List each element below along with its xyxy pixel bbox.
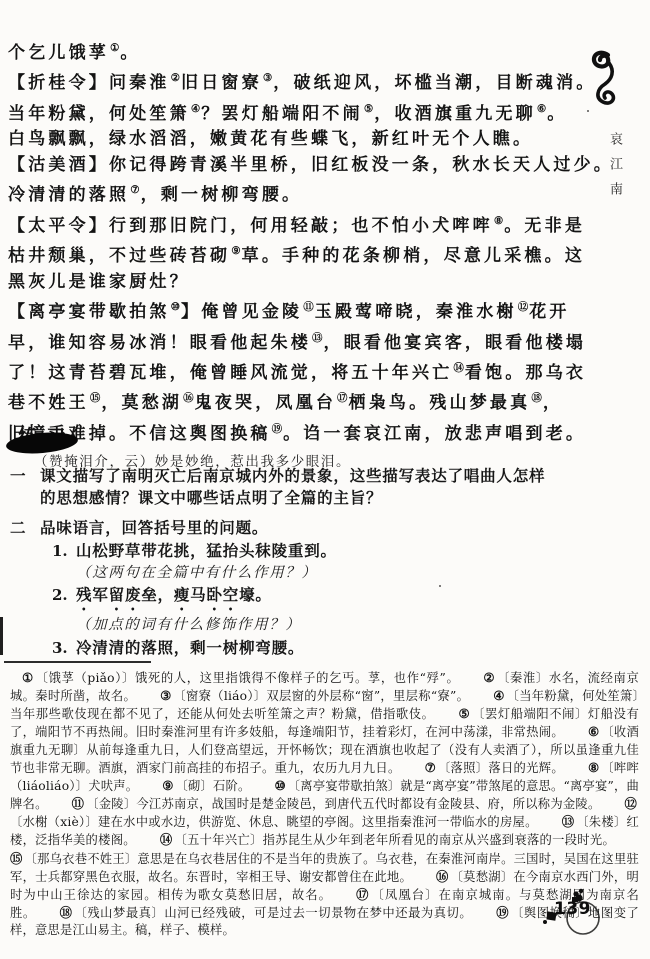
text-run: 。 (547, 104, 567, 124)
exercise-two-intro: 品味语言，回答括号里的问题。 (40, 517, 268, 539)
text-run: 山松野草带花挑，猛抬头秣陵重到。 (76, 541, 337, 560)
text-run: ，破纸迎风，坏槛当潮，目断魂消。 (273, 73, 596, 93)
footnote-ref: ⑨ (231, 245, 240, 257)
exercise-one: 一 课文描写了南明灭亡后南京城内外的景象，这些描写表达了唱曲人怎样 的思想感情？… (10, 465, 590, 508)
text-run: 军 (92, 585, 108, 604)
emphasized-char: 留 (109, 585, 125, 604)
verse-line: 【折桂令】问秦淮②旧日窗寮③，破纸迎风，坏槛当潮，目断魂消。 (8, 66, 574, 96)
footnote-number: ③ (160, 688, 171, 703)
footnote-entry: ①〔饿莩（piǎo）〕饿死的人，这里指饿得不像样子的乞丐。莩，也作“殍”。 (22, 671, 459, 685)
emphasized-char: 卧 (206, 585, 222, 604)
exercise-sentence: 山松野草带花挑，猛抬头秣陵重到。 (76, 540, 337, 562)
emphasized-char: 废 (125, 585, 141, 604)
text-run: 看饱。那乌衣 (465, 363, 586, 383)
scan-artifact (0, 617, 3, 655)
footnote-number: ① (22, 670, 34, 685)
exercise-item-body: 残军留废垒，瘦马卧空壕。（加点的词有什么修饰作用？） (76, 584, 301, 636)
running-title: 哀江南 (605, 132, 624, 207)
text-run: 【太平令】行到那旧院门，何用轻敲；也不怕小犬哰哰 (8, 216, 493, 236)
footnote-ref: ⑭ (453, 362, 464, 374)
footnote-number: ⑮ (10, 851, 23, 866)
footnote-number: ⑯ (436, 869, 449, 884)
footnote-number: ⑨ (162, 778, 173, 793)
exercise-two-items: 1.山松野草带花挑，猛抬头秣陵重到。（这两句在全篇中有什么作用？）2.残军留废垒… (10, 540, 590, 659)
footnote-entry: ⑦〔落照〕落日的光辉。 (425, 761, 564, 775)
exercise-sentence: 冷清清的落照，剩一树柳弯腰。 (76, 637, 304, 659)
emphasized-char: 残 (76, 585, 92, 604)
footnote-number: ⑭ (160, 832, 173, 847)
exercise-item-body: 山松野草带花挑，猛抬头秣陵重到。（这两句在全篇中有什么作用？） (76, 540, 337, 584)
footnote-entry: ⑭〔五十年兴亡〕指苏昆生从少年到老年所看见的南京从兴盛到衰落的一段时光。 (160, 833, 615, 847)
footnote-ref: ① (110, 42, 119, 54)
footnote-ref: ⑫ (518, 301, 529, 313)
text-run: 。无非是 (504, 216, 585, 236)
footnote-number: ⑥ (588, 724, 599, 739)
verse-line: 【沽美酒】你记得跨青溪半里桥，旧红板没一条，秋水长天人过少。 (8, 153, 574, 178)
verse-line: 巷不姓王⑮，莫愁湖⑯鬼夜哭，凤凰台⑰栖枭鸟。残山梦最真⑱， (8, 386, 574, 416)
exercise-question: （加点的词有什么修饰作用？） (76, 614, 301, 636)
verse-line: 黑灰儿是谁家厨灶？ (8, 270, 574, 295)
text-run: 马 (190, 585, 206, 604)
exercise-item: 3.冷清清的落照，剩一树柳弯腰。 (10, 637, 590, 659)
text-run: 。 (120, 43, 140, 63)
text-run: ， (543, 393, 563, 413)
scan-speck (587, 110, 589, 112)
footnote-ref: ⑦ (130, 184, 139, 196)
emphasized-char: 瘦 (174, 585, 190, 604)
footnote-ref: ② (171, 72, 180, 84)
verse-line: 白鸟飘飘，绿水滔滔，嫩黄花有些蝶飞，新红叶无个人瞧。 (8, 127, 574, 152)
text-run: 黑灰儿是谁家厨灶？ (8, 272, 190, 292)
footnote-number: ④ (493, 688, 504, 703)
exercise-item: 2.残军留废垒，瘦马卧空壕。（加点的词有什么修饰作用？） (10, 584, 590, 636)
text-run: 壕。 (239, 585, 272, 604)
exercise-number: 二 (10, 517, 40, 539)
footnote-ref: ⑯ (183, 392, 194, 404)
footnote-number: ⑱ (60, 905, 73, 920)
exercises-section: 练习 一 课文描写了南明灭亡后南京城内外的景象，这些描写表达了唱曲人怎样 的思想… (10, 420, 590, 659)
text-run: 枯井颓巢，不过些砖苔砌 (8, 246, 230, 266)
footnote-ref: ③ (263, 72, 272, 84)
curl-flourish-icon (584, 48, 628, 114)
exercises-heading: 练习 (10, 420, 100, 456)
text-run: 早，谁知容易冰消！眼看他起朱楼 (8, 333, 311, 353)
footnote-ref: ⑤ (364, 103, 373, 115)
footnote-ref: ⑪ (303, 301, 314, 313)
verse-line: 冷清清的落照⑦，剩一树柳弯腰。 (8, 178, 574, 208)
exercise-item-number: 3. (52, 637, 76, 659)
verse-line: 枯井颓巢，不过些砖苔砌⑨草。手种的花条柳梢，尽意儿采樵。这 (8, 239, 574, 269)
text-run: 栖枭鸟。残山梦最真 (349, 393, 531, 413)
footnote-number: ⑧ (588, 760, 599, 775)
text-run: 旧日窗寮 (181, 73, 262, 93)
verse-line: 当年粉黛，何处笙箫④？罢灯船端阳不闹⑤，收酒旗重九无聊⑥。 (8, 97, 574, 127)
text-run: 【离亭宴带歇拍煞 (8, 302, 170, 322)
text-run: ？罢灯船端阳不闹 (201, 104, 363, 124)
footnote-ref: ⑬ (312, 332, 323, 344)
footnote-entry: ⑨〔砌〕石阶。 (162, 779, 250, 793)
footnote-number: ⑤ (459, 706, 471, 721)
verse-line: 早，谁知容易冰消！眼看他起朱楼⑬，眼看他宴宾客，眼看他楼塌 (8, 326, 574, 356)
footnote-number: ⑲ (496, 905, 509, 920)
verse-line: 【离亭宴带歇拍煞⑩】俺曾见金陵⑪玉殿莺啼晓，秦淮水榭⑫花开 (8, 295, 574, 325)
text-run: ，莫愁湖 (101, 393, 182, 413)
text-run: 】俺曾见金陵 (181, 302, 302, 322)
text-run: 冷清清的落照，剩一树柳弯腰。 (76, 638, 304, 657)
footnote-number: ⑬ (562, 814, 575, 829)
text-run: 垒， (141, 585, 174, 604)
footnote-number: ⑫ (625, 796, 638, 811)
text-run: 冷清清的落照 (8, 185, 129, 205)
page-number-stamp: 139 (542, 886, 614, 944)
text-run: 了！这青苔碧瓦堆，俺曾睡风流觉，将五十年兴亡 (8, 363, 452, 383)
footnote-ref: ⑩ (171, 301, 180, 313)
footnote-ref: ⑱ (531, 392, 542, 404)
footnote-entry: ⑪〔金陵〕今江苏南京，战国时是楚金陵邑，到唐代五代时都设有金陵县、府，所以称为金… (72, 797, 601, 811)
verse-line: 【太平令】行到那旧院门，何用轻敲；也不怕小犬哰哰⑧。无非是 (8, 209, 574, 239)
text-run: 草。手种的花条柳梢，尽意儿采樵。这 (242, 246, 585, 266)
text-run: ，眼看他宴宾客，眼看他楼塌 (324, 333, 587, 353)
text-run: 个乞儿饿莩 (8, 43, 109, 63)
text-run: 当年粉黛，何处笙箫 (8, 104, 190, 124)
footnote-number: ⑩ (275, 778, 286, 793)
footnote-separator (4, 661, 151, 663)
footnote-ref: ⑧ (494, 215, 503, 227)
scan-speck (439, 585, 441, 587)
text-run: 鬼夜哭，凤凰台 (195, 393, 336, 413)
exercise-item-body: 冷清清的落照，剩一树柳弯腰。 (76, 637, 304, 659)
exercise-one-line2: 的思想感情？课文中哪些话点明了全篇的主旨？ (40, 487, 545, 509)
exercise-two: 二 品味语言，回答括号里的问题。 (10, 517, 590, 539)
exercise-one-line1: 课文描写了南明灭亡后南京城内外的景象，这些描写表达了唱曲人怎样 (40, 465, 545, 487)
text-run: 白鸟飘飘，绿水滔滔，嫩黄花有些蝶飞，新红叶无个人瞧。 (8, 129, 533, 149)
exercise-item-number: 1. (52, 540, 76, 584)
exercise-item: 1.山松野草带花挑，猛抬头秣陵重到。（这两句在全篇中有什么作用？） (10, 540, 590, 584)
exercise-question: （这两句在全篇中有什么作用？） (76, 562, 337, 584)
exercise-number: 一 (10, 465, 40, 508)
verse-line: 个乞儿饿莩①。 (8, 36, 574, 66)
footnote-entry: ③〔窗寮（liáo）〕双层窗的外层称“窗”，里层称“寮”。 (160, 689, 469, 703)
text-run: 【折桂令】问秦淮 (8, 73, 170, 93)
footnote-entry: ⑱〔残山梦最真〕山河已经残破，可是过去一切景物在梦中还最为真切。 (60, 906, 473, 920)
text-run: 花开 (529, 302, 569, 322)
footnote-number: ⑪ (72, 796, 85, 811)
main-text: 个乞儿饿莩①。【折桂令】问秦淮②旧日窗寮③，破纸迎风，坏槛当潮，目断魂消。当年粉… (8, 36, 574, 470)
text-run: ，剩一树柳弯腰。 (141, 185, 303, 205)
footnote-ref: ④ (191, 103, 200, 115)
exercise-item-number: 2. (52, 584, 76, 636)
footnote-number: ⑰ (356, 887, 369, 902)
text-run: ，收酒旗重九无聊 (374, 104, 536, 124)
page-number: 139 (554, 899, 591, 919)
verse-line: 了！这青苔碧瓦堆，俺曾睡风流觉，将五十年兴亡⑭看饱。那乌衣 (8, 356, 574, 386)
emphasized-char: 空 (223, 585, 239, 604)
footnote-number: ⑦ (425, 760, 436, 775)
text-run: 玉殿莺啼晓，秦淮水榭 (315, 302, 517, 322)
footnote-ref: ⑥ (537, 103, 546, 115)
text-run: 巷不姓王 (8, 393, 89, 413)
footnote-number: ② (483, 670, 495, 685)
exercise-sentence: 残军留废垒，瘦马卧空壕。 (76, 584, 301, 614)
footnote-ref: ⑰ (337, 392, 348, 404)
footnote-ref: ⑮ (90, 392, 101, 404)
exercise-one-text: 课文描写了南明灭亡后南京城内外的景象，这些描写表达了唱曲人怎样 的思想感情？课文… (40, 465, 545, 508)
text-run: 【沽美酒】你记得跨青溪半里桥，旧红板没一条，秋水长天人过少。 (8, 155, 614, 175)
ink-blot (5, 430, 78, 456)
textbook-page: 个乞儿饿莩①。【折桂令】问秦淮②旧日窗寮③，破纸迎风，坏槛当潮，目断魂消。当年粉… (0, 0, 650, 959)
